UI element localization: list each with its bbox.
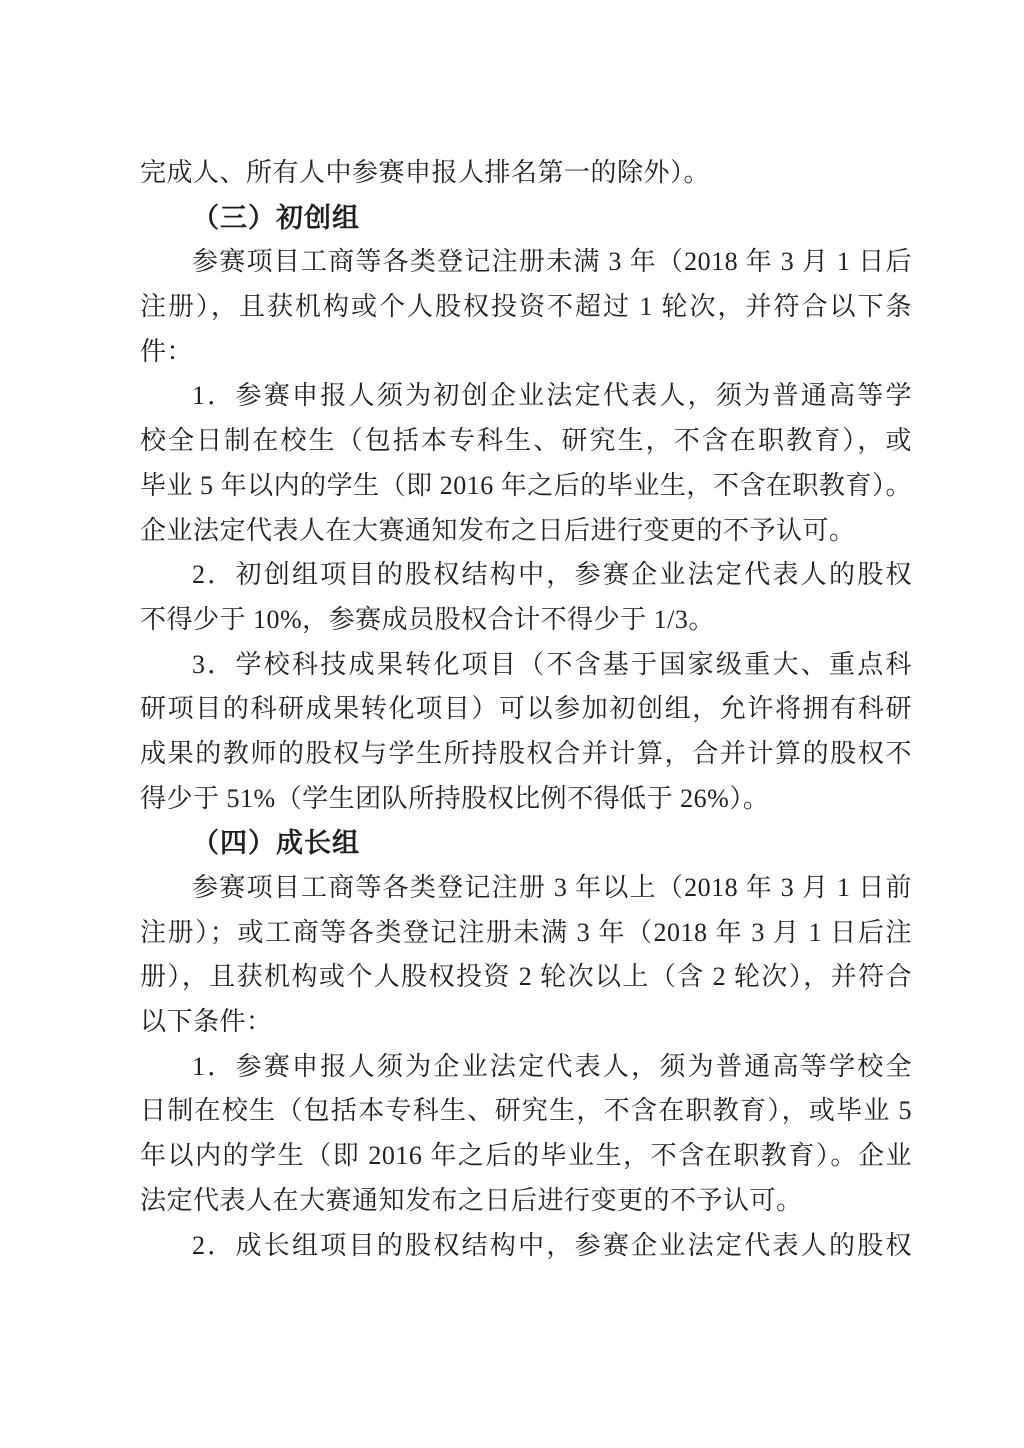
document-line: 年以内的学生（即 2016 年之后的毕业生，不含在职教育）。企业 bbox=[140, 1134, 912, 1179]
document-line: 1．参赛申报人须为初创企业法定代表人，须为普通高等学 bbox=[140, 374, 912, 419]
document-line: 参赛项目工商等各类登记注册 3 年以上（2018 年 3 月 1 日前 bbox=[140, 866, 912, 911]
document-page: 完成人、所有人中参赛申报人排名第一的除外）。（三）初创组参赛项目工商等各类登记注… bbox=[0, 0, 1024, 1448]
document-line: 3．学校科技成果转化项目（不含基于国家级重大、重点科 bbox=[140, 643, 912, 688]
document-line: 1．参赛申报人须为企业法定代表人，须为普通高等学校全 bbox=[140, 1045, 912, 1090]
document-line: 册），且获机构或个人股权投资 2 轮次以上（含 2 轮次），并符合 bbox=[140, 955, 912, 1000]
document-body: 完成人、所有人中参赛申报人排名第一的除外）。（三）初创组参赛项目工商等各类登记注… bbox=[140, 151, 912, 1268]
document-line: 成果的教师的股权与学生所持股权合并计算，合并计算的股权不 bbox=[140, 732, 912, 777]
document-line: 完成人、所有人中参赛申报人排名第一的除外）。 bbox=[140, 151, 912, 196]
section-heading: （四）成长组 bbox=[140, 821, 912, 866]
document-line: 件： bbox=[140, 330, 912, 375]
document-line: 以下条件： bbox=[140, 1000, 912, 1045]
document-line: 不得少于 10%，参赛成员股权合计不得少于 1/3。 bbox=[140, 598, 912, 643]
document-line: 得少于 51%（学生团队所持股权比例不得低于 26%）。 bbox=[140, 777, 912, 822]
section-heading: （三）初创组 bbox=[140, 196, 912, 241]
document-line: 注册），且获机构或个人股权投资不超过 1 轮次，并符合以下条 bbox=[140, 285, 912, 330]
document-line: 毕业 5 年以内的学生（即 2016 年之后的毕业生，不含在职教育）。 bbox=[140, 464, 912, 509]
document-line: 日制在校生（包括本专科生、研究生，不含在职教育），或毕业 5 bbox=[140, 1089, 912, 1134]
document-line: 2．初创组项目的股权结构中，参赛企业法定代表人的股权 bbox=[140, 553, 912, 598]
document-line: 研项目的科研成果转化项目）可以参加初创组，允许将拥有科研 bbox=[140, 687, 912, 732]
document-line: 注册）；或工商等各类登记注册未满 3 年（2018 年 3 月 1 日后注 bbox=[140, 911, 912, 956]
document-line: 校全日制在校生（包括本专科生、研究生，不含在职教育），或 bbox=[140, 419, 912, 464]
document-line: 法定代表人在大赛通知发布之日后进行变更的不予认可。 bbox=[140, 1179, 912, 1224]
document-line: 企业法定代表人在大赛通知发布之日后进行变更的不予认可。 bbox=[140, 509, 912, 554]
document-line: 2．成长组项目的股权结构中，参赛企业法定代表人的股权 bbox=[140, 1224, 912, 1269]
document-line: 参赛项目工商等各类登记注册未满 3 年（2018 年 3 月 1 日后 bbox=[140, 240, 912, 285]
